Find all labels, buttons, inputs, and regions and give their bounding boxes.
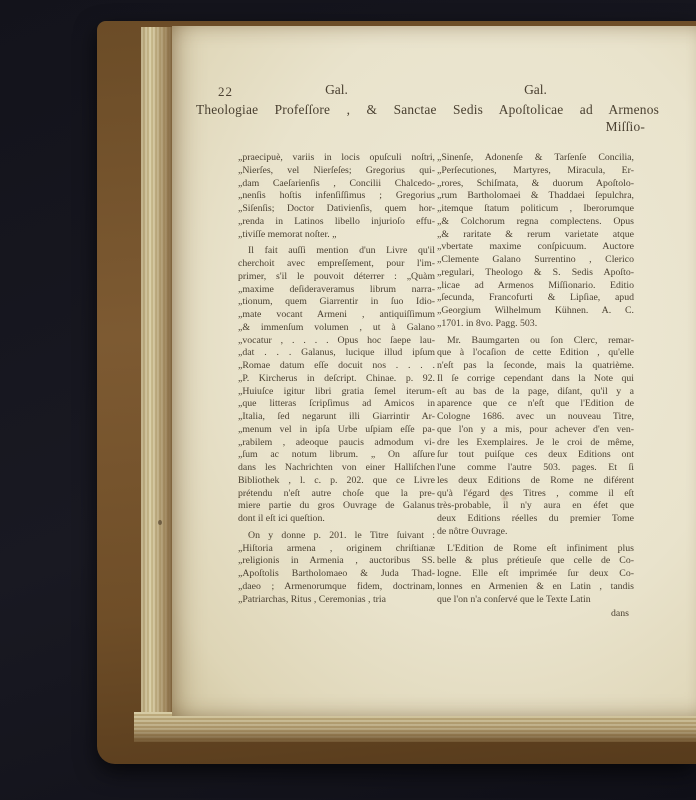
paragraph: „Sinenſe, Adonenſe & Tarſenſe Concilia,„… (437, 152, 634, 331)
text-line: „tiviſſe memorat noſter. „ (238, 229, 435, 242)
text-line: „Huiuſce igitur libri gratia ſemel iteru… (238, 386, 435, 399)
text-line: „vbertate maxime conſpicuum. Auctore (437, 241, 634, 254)
text-line: Il fait auſſi mention d'un Livre qu'il (238, 245, 435, 258)
text-line: „dam Caeſarienſis , Concilii Chalcedo- (238, 178, 435, 191)
text-line: „religionis in Armenia , auctoribus SS. (238, 555, 435, 568)
text-line: „Siſenſis; Doctor Dativienſis, quem hor- (238, 203, 435, 216)
text-line: deux Editions réelles du premier Tome (437, 513, 634, 526)
text-line: „mate vocant Armeni , antiquiſſimum (238, 309, 435, 322)
text-line: que à l'ocaſion de cette Edition , qu'el… (437, 347, 634, 360)
text-line: „Patriarchas, Ritus , Ceremonias , tria (238, 594, 435, 607)
ink-speck (158, 520, 162, 525)
text-line: „praecipuè, variis in locis opuſculi noſ… (238, 152, 435, 165)
text-line: „& Colchorum regna complectens. Opus (437, 216, 634, 229)
text-line: „licae ad Armenos Miſſionario. Editio (437, 280, 634, 293)
text-line: „maxime deſideraveramus librum narra- (238, 284, 435, 297)
text-line: dans les Nachrichten von einer Halliſche… (238, 462, 435, 475)
text-line: „Apoſtolis Bartholomaeo & Juda Thad- (238, 568, 435, 581)
text-line: „Italia, ſed negarunt illi Giarrintir Ar… (238, 411, 435, 424)
text-line: „Nierſes, vel Nierſeſes; Gregorius qui- (238, 165, 435, 178)
text-line: „rum Bartholomaei & Thaddaei ſepulchra, (437, 190, 634, 203)
text-line: „dat . . . Galanus, lucique illud ipſum (238, 347, 435, 360)
text-line: de nôtre Ouvrage. (437, 526, 634, 539)
text-line: miere partie du gros Ouvrage de Galanus (238, 500, 435, 513)
text-line: On y donne p. 201. le Titre ſuivant : (238, 530, 435, 543)
running-title-left: Gal. (238, 82, 435, 98)
paragraph: „praecipuè, variis in locis opuſculi noſ… (238, 152, 435, 241)
paragraph: On y donne p. 201. le Titre ſuivant :„Hi… (238, 530, 435, 607)
text-line: „& raritate & rerum varietate atque (437, 229, 634, 242)
paragraph: Mr. Baumgarten ou ſon Clerc, remar-que à… (437, 335, 634, 539)
text-line: qu'à l'égard des Titres , comme il eſt (437, 488, 634, 501)
page-block-edge-bottom (134, 712, 696, 742)
paragraph: Il fait auſſi mention d'un Livre qu'ilch… (238, 245, 435, 526)
subtitle-line: Miſſio- (196, 118, 659, 135)
text-column-left: „praecipuè, variis in locis opuſculi noſ… (238, 152, 435, 606)
text-line: „nenſis hoſtis infenſiſſimus ; Gregorius (238, 190, 435, 203)
catchword: dans (437, 608, 634, 621)
chapter-subtitle: Theologiae Profeſſore , & Sanctae Sedis … (196, 101, 659, 135)
text-line: les deux Editions de Rome ne diférent (437, 475, 634, 488)
text-line: ſur tout puiſque ces deux Editions ont (437, 449, 634, 462)
text-line: Bibliothek , l. c. p. 202. que ce Livre (238, 475, 435, 488)
text-line: que l'on n'a conſervé que le Texte Latin (437, 594, 634, 607)
text-line: „Hiſtoria armena , originem chriſtianæ (238, 543, 435, 556)
text-line: „Perſecutiones, Martyres, Miracula, Er- (437, 165, 634, 178)
subtitle-line: Theologiae Profeſſore , & Sanctae Sedis … (196, 101, 659, 118)
text-line: „rabilem , adeoque paucis admodum vi- (238, 437, 435, 450)
text-line: „& immenſum volumen , ut à Galano (238, 322, 435, 335)
text-line: logne. Elle eſt imprimée ſur deux Co- (437, 568, 634, 581)
text-line: „Clemente Galano Surrentino , Clerico (437, 254, 634, 267)
text-line: prétendu n'eſt autre choſe que la pre- (238, 488, 435, 501)
text-line: „P. Kircherus in deſcript. Chinae. p. 92… (238, 373, 435, 386)
text-line: „menum vel in ipſa Urbe uſpiam eſſe pa- (238, 424, 435, 437)
running-title-right: Gal. (437, 82, 634, 98)
text-line: „ſecunda, Francofurti & Lipſiae, apud (437, 292, 634, 305)
page-block-edge-left (141, 27, 175, 719)
paragraph: L'Edition de Rome eſt infiniment plusbel… (437, 543, 634, 607)
text-line: Mr. Baumgarten ou ſon Clerc, remar- (437, 335, 634, 348)
text-line: dre les Exemplaires. Je le croi de même, (437, 437, 634, 450)
photo-background: 22 Gal. Gal. Theologiae Profeſſore , & S… (0, 0, 696, 800)
text-line: „ſum ac notum librum. „ On aſſure (238, 449, 435, 462)
text-line: cherchoit avec empreſſement, pour l'im- (238, 258, 435, 271)
text-line: „1701. in 8vo. Pagg. 503. (437, 318, 634, 331)
text-line: l'une comme l'autre 503. pages. Et ſi (437, 462, 634, 475)
text-line: „rores, Schiſmata, & duorum Apoſtolo- (437, 178, 634, 191)
text-line: „tionum, quem Giarrentir in ſuo Idio- (238, 296, 435, 309)
text-line: primer, s'il le pouvoit déterrer : „Quàm (238, 271, 435, 284)
text-line: belle & plus prétieuſe que celle de Co- (437, 555, 634, 568)
text-line: „Sinenſe, Adonenſe & Tarſenſe Concilia, (437, 152, 634, 165)
text-line: „Romae datum eſſe docuit nos . . . . (238, 360, 435, 373)
text-line: „Georgium Wilhelmum Kühnen. A. C. (437, 305, 634, 318)
text-line: „vocatur , . . . . Opus hoc ſaepe lau- (238, 335, 435, 348)
page-number: 22 (218, 84, 233, 100)
book-page: 22 Gal. Gal. Theologiae Profeſſore , & S… (172, 26, 696, 716)
text-line: très-probable, il n'y aura en éfet que (437, 500, 634, 513)
text-line: Il ſe corrige cependant dans la Note qui (437, 373, 634, 386)
text-line: lonnes en Armenien & en Latin , tandis (437, 581, 634, 594)
text-line: „que litteras ſcripſimus ad Amicos in (238, 398, 435, 411)
text-line: que l'on y a mis, pour achever d'en ven- (437, 424, 634, 437)
text-line: n'eſt pas la ſeconde, mais la quatrième. (437, 360, 634, 373)
text-column-right: „Sinenſe, Adonenſe & Tarſenſe Concilia,„… (437, 152, 634, 621)
foxing-speck (502, 496, 507, 500)
text-line: aparence que ce n'eſt que l'Edition de (437, 398, 634, 411)
text-line: dont il eſt ici queſtion. (238, 513, 435, 526)
text-line: L'Edition de Rome eſt infiniment plus (437, 543, 634, 556)
text-line: „regulari, Theologo & S. Sedis Apoſto- (437, 267, 634, 280)
text-line: eſt au bas de la page, diſant, qu'il y a (437, 386, 634, 399)
text-line: „daeo ; Armenorumque fidem, doctrinam, (238, 581, 435, 594)
text-line: „itemque ſtatum politicum , Iberorumque (437, 203, 634, 216)
text-line: Cologne 1686. avec un nouveau Titre, (437, 411, 634, 424)
text-line: „renda in Latinos libello injurioſo effu… (238, 216, 435, 229)
